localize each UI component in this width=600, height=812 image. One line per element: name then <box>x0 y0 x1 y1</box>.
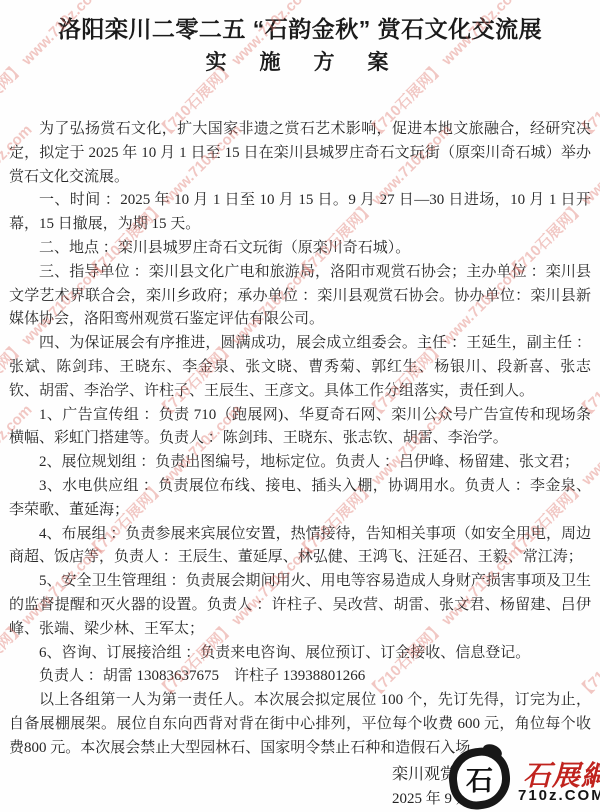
paragraph: 四、为保证展会有序推进，圆满成功，展会成立组委会。主任 ：王延生，副主任 ：张斌… <box>9 332 591 403</box>
document-page: 洛阳栾川二零二五 “石韵金秋” 赏石文化交流展 实 施 方 案 为了弘扬赏石文化… <box>0 0 600 812</box>
seal-glyph: 石 <box>466 759 493 798</box>
document-header: 洛阳栾川二零二五 “石韵金秋” 赏石文化交流展 实 施 方 案 <box>0 0 600 78</box>
paragraph: 3、水电供应组 ：负责展位布线、接电、插头入棚，协调用水。负责人 ：李金泉、李荣… <box>9 475 591 523</box>
document-body: 为了弘扬赏石文化，扩大国家非遗之赏石艺术影响，促进本地文旅融合，经研究决定，拟定… <box>9 118 591 761</box>
paragraph: 2、展位规划组 ：负责出图编号，地标定位。负责人 ：吕伊峰、杨留建、张文君； <box>9 451 591 475</box>
paragraph: 以上各组第一人为第一责任人。本次展会拟定展位 100 个，先订先得，订完为止， … <box>9 689 591 760</box>
paragraph: 三、指导单位 ：栾川县文化广电和旅游局，洛阳市观赏石协会；主办单位 ：栾川县文学… <box>9 261 591 332</box>
paragraph: 4、布展组 ：负责参展来宾展位安置，热情接待，告知相关事项（如安全用电，周边商超… <box>9 523 591 571</box>
document-title: 洛阳栾川二零二五 “石韵金秋” 赏石文化交流展 <box>0 13 600 45</box>
document-subtitle: 实 施 方 案 <box>0 48 600 78</box>
paragraph: 6、咨询、订展接洽组 ：负责来电咨询、展位预订、订金接收、信息登记。 <box>9 642 591 666</box>
paragraph: 1、广告宣传组 ：负责 710（跑展网)、华夏奇石网、栾川公众号广告宣传和现场条… <box>9 404 591 452</box>
paragraph: 负责人 ：胡雷 13083637675 许柱子 13938801266 <box>9 665 591 689</box>
paragraph: 一、时间 ：2025 年 10 月 1 日至 10 月 15 日。9 月 27 … <box>9 189 591 237</box>
paragraph: 5、安全卫生管理组 ：负责展会期间用火、用电等容易造成人身财产损害事项及卫生的监… <box>9 570 591 641</box>
paragraph: 为了弘扬赏石文化，扩大国家非遗之赏石艺术影响，促进本地文旅融合，经研究决定，拟定… <box>9 118 591 189</box>
paragraph: 二、地点 ：栾川县城罗庄奇石文玩街（原栾川奇石城）。 <box>9 237 591 261</box>
logo-domain-text: 710z.COM <box>518 787 600 804</box>
